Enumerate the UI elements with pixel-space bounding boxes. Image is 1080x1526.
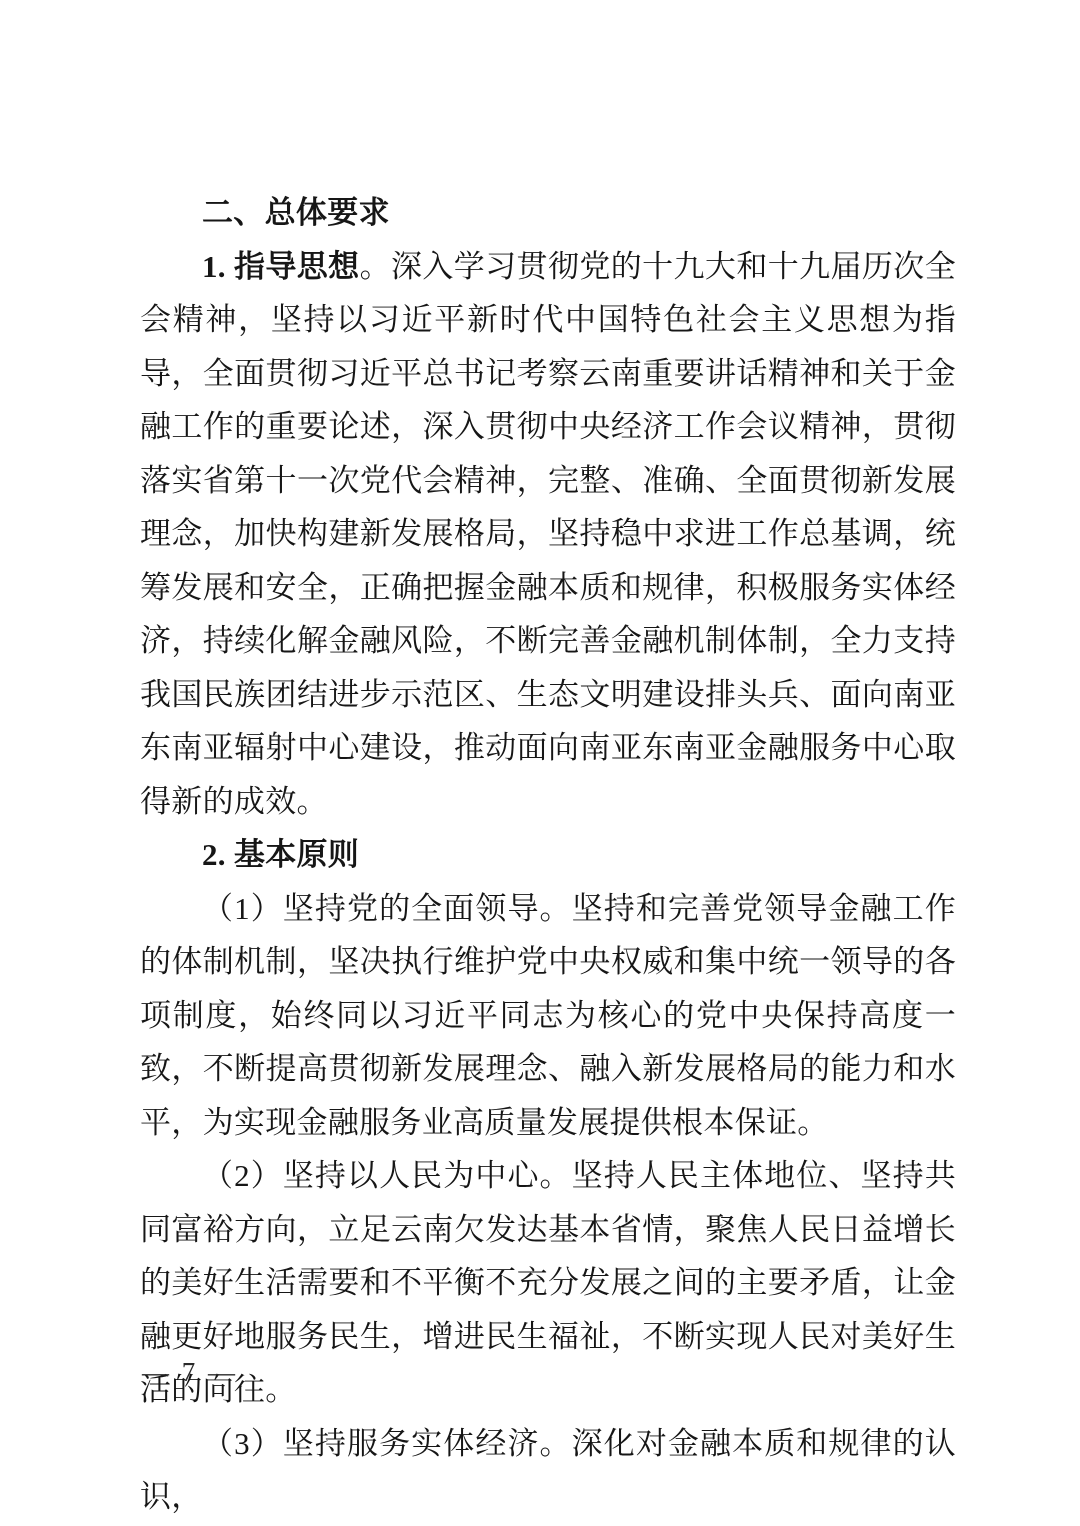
paragraph-guiding-ideology: 1. 指导思想。深入学习贯彻党的十九大和十九届历次全会精神，坚持以习近平新时代中… bbox=[140, 240, 956, 829]
paragraph-guiding-text: 。深入学习贯彻党的十九大和十九届历次全会精神，坚持以习近平新时代中国特色社会主义… bbox=[140, 249, 956, 819]
subsection-heading-basic-principles: 2. 基本原则 bbox=[140, 828, 956, 882]
page-number: — 7 — bbox=[142, 1352, 238, 1392]
section-heading: 二、总体要求 bbox=[140, 186, 956, 240]
page: 二、总体要求 1. 指导思想。深入学习贯彻党的十九大和十九届历次全会精神，坚持以… bbox=[0, 0, 1080, 1526]
paragraph-principle-3: （3）坚持服务实体经济。深化对金融本质和规律的认识， bbox=[140, 1417, 956, 1524]
paragraph-guiding-lead: 1. 指导思想 bbox=[202, 249, 360, 284]
document-page: { "doc": { "section_heading": "二、总体要求", … bbox=[0, 0, 1080, 1526]
document-body: 二、总体要求 1. 指导思想。深入学习贯彻党的十九大和十九届历次全会精神，坚持以… bbox=[140, 186, 956, 1524]
paragraph-principle-2: （2）坚持以人民为中心。坚持人民主体地位、坚持共同富裕方向，立足云南欠发达基本省… bbox=[140, 1149, 956, 1417]
paragraph-principle-1: （1）坚持党的全面领导。坚持和完善党领导金融工作的体制机制，坚决执行维护党中央权… bbox=[140, 882, 956, 1150]
